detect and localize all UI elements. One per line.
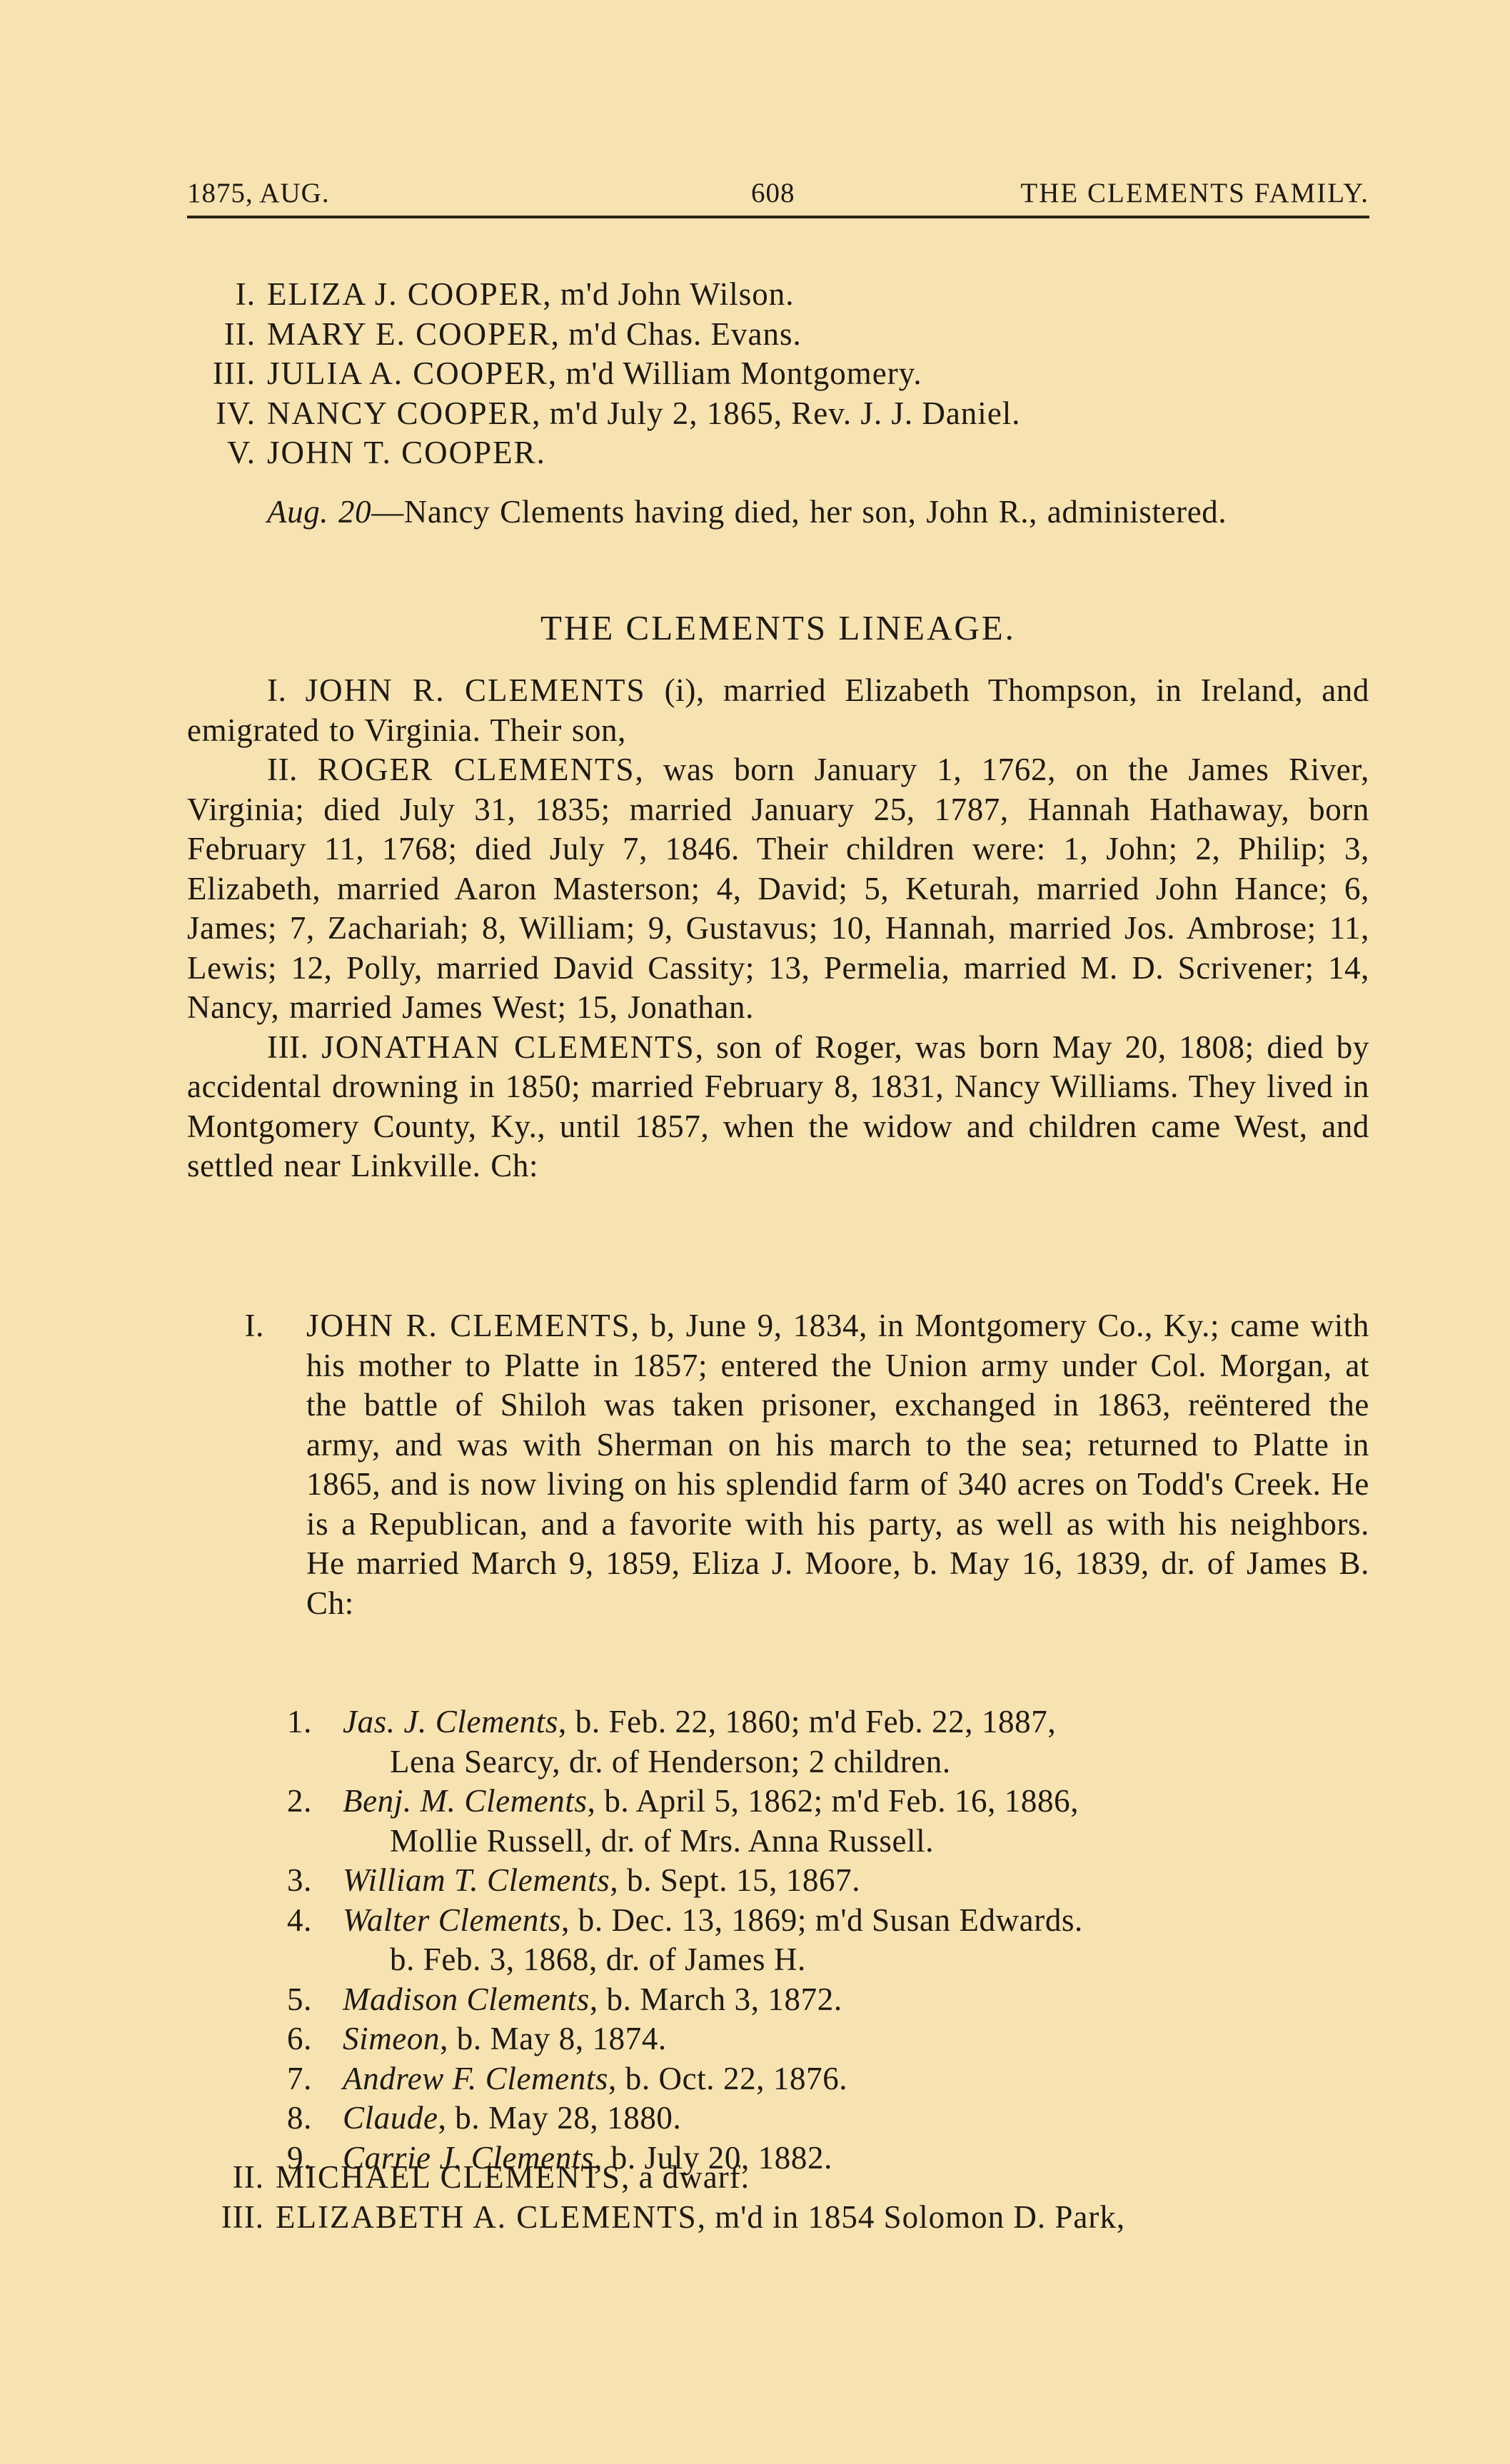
child-details-continued: b. Feb. 3, 1868, dr. of James H. (343, 1940, 1369, 1980)
person-name: ELIZABETH A. CLEMENTS (276, 2199, 698, 2235)
entry-text: , m'd John Wilson. (543, 276, 794, 312)
child-details-continued: Mollie Russell, dr. of Mrs. Anna Russell… (343, 1822, 1369, 1862)
child-name: Andrew F. Clements (343, 2061, 608, 2096)
list-item: 4.Walter Clements, b. Dec. 13, 1869; m'd… (187, 1901, 1369, 1980)
lineage-paragraph: II. ROGER CLEMENTS, was born January 1, … (187, 750, 1369, 1028)
list-item: I.ELIZA J. COOPER, m'd John Wilson. (187, 275, 1369, 315)
child-number: 8. (287, 2099, 330, 2139)
entry-text: , m'd William Montgomery. (548, 355, 922, 391)
list-item: II.MICHAEL CLEMENTS, a dwarf. (187, 2158, 1369, 2198)
running-head: 1875, AUG. 608 THE CLEMENTS FAMILY. (187, 177, 1369, 213)
note-date: Aug. 20 (267, 494, 371, 530)
child-details-continued: Lena Searcy, dr. of Henderson; 2 childre… (343, 1742, 1369, 1782)
lineage-paragraphs: I. JOHN R. CLEMENTS (i), married Elizabe… (187, 671, 1369, 1186)
child-details: , b. Feb. 22, 1860; m'd Feb. 22, 1887, (558, 1704, 1056, 1740)
child-details: , b. April 5, 1862; m'd Feb. 16, 1886, (588, 1783, 1079, 1819)
list-item: 7.Andrew F. Clements, b. Oct. 22, 1876. (187, 2059, 1369, 2099)
note-text: —Nancy Clements having died, her son, Jo… (371, 494, 1227, 530)
person-name: NANCY COOPER (267, 395, 532, 431)
person-name: MARY E. COOPER (267, 316, 551, 352)
person-name: JOHN R. CLEMENTS (306, 672, 646, 708)
entry-text: , m'd in 1854 Solomon D. Park, (698, 2199, 1125, 2235)
child-name: Benj. M. Clements (343, 1783, 588, 1819)
child-number: 6. (287, 2019, 330, 2059)
cooper-children-list: I.ELIZA J. COOPER, m'd John Wilson. II.M… (187, 275, 1369, 473)
list-item: 5.Madison Clements, b. March 3, 1872. (187, 1980, 1369, 2020)
child-name: Simeon (343, 2021, 440, 2056)
person-name: JONATHAN CLEMENTS (321, 1029, 695, 1065)
list-item: 6.Simeon, b. May 8, 1874. (187, 2019, 1369, 2059)
administration-note: Aug. 20—Nancy Clements having died, her … (187, 493, 1369, 532)
entry-text: , b, June 9, 1834, in Montgomery Co., Ky… (306, 1308, 1369, 1621)
child-details: , b. March 3, 1872. (590, 1981, 842, 2017)
list-item: 1.Jas. J. Clements, b. Feb. 22, 1860; m'… (187, 1702, 1369, 1782)
child-details: , b. Dec. 13, 1869; m'd Susan Edwards. (561, 1902, 1083, 1938)
roman-numeral: II. (187, 315, 256, 355)
roman-numeral: V. (187, 433, 256, 473)
child-details: , b. May 8, 1874. (440, 2021, 667, 2056)
child-number: 4. (287, 1901, 330, 1941)
child-number: 3. (287, 1861, 330, 1901)
grandchildren-list: 1.Jas. J. Clements, b. Feb. 22, 1860; m'… (187, 1702, 1369, 2178)
child-number: 2. (287, 1782, 330, 1822)
list-item: II.MARY E. COOPER, m'd Chas. Evans. (187, 315, 1369, 355)
roman-numeral: I. (187, 275, 256, 315)
roman-numeral: II. (267, 752, 298, 787)
running-head-title: THE CLEMENTS FAMILY. (1020, 177, 1369, 209)
child-name: Claude (343, 2100, 438, 2136)
list-item: III.JULIA A. COOPER, m'd William Montgom… (187, 354, 1369, 394)
page-number: 608 (751, 177, 795, 209)
person-name: JULIA A. COOPER (267, 355, 548, 391)
person-name: JOHN R. CLEMENTS (306, 1308, 631, 1343)
lineage-paragraph: III. JONATHAN CLEMENTS, son of Roger, wa… (187, 1028, 1369, 1186)
child-number: 7. (287, 2059, 330, 2099)
child-name: Walter Clements (343, 1902, 561, 1938)
person-name: ELIZA J. COOPER (267, 276, 543, 312)
child-details: , b. May 28, 1880. (438, 2100, 682, 2136)
section-heading: THE CLEMENTS LINEAGE. (187, 607, 1369, 650)
person-name: MICHAEL CLEMENTS (276, 2159, 621, 2195)
list-item: 2.Benj. M. Clements, b. April 5, 1862; m… (187, 1782, 1369, 1861)
roman-numeral: IV. (187, 394, 256, 434)
list-item: V.JOHN T. COOPER. (187, 433, 1369, 473)
child-number: 5. (287, 1980, 330, 2020)
child-details: , b. Oct. 22, 1876. (608, 2061, 847, 2096)
child-name: Jas. J. Clements (343, 1704, 558, 1740)
john-r-clements-entry: I.JOHN R. CLEMENTS, b, June 9, 1834, in … (187, 1306, 1369, 1623)
list-item: III.ELIZABETH A. CLEMENTS, m'd in 1854 S… (187, 2198, 1369, 2238)
child-number: 1. (287, 1702, 330, 1742)
person-name: JOHN T. COOPER (267, 435, 537, 470)
roman-numeral: III. (267, 1029, 309, 1065)
lineage-paragraph: I. JOHN R. CLEMENTS (i), married Elizabe… (187, 671, 1369, 750)
roman-numeral: I. (267, 672, 286, 708)
list-item: 3.William T. Clements, b. Sept. 15, 1867… (187, 1861, 1369, 1901)
roman-numeral: III. (187, 2198, 264, 2238)
sub-entry: I.JOHN R. CLEMENTS, b, June 9, 1834, in … (187, 1306, 1369, 1623)
person-name: ROGER CLEMENTS (318, 752, 635, 787)
header-rule (187, 216, 1369, 218)
child-name: Madison Clements (343, 1981, 590, 2017)
roman-numeral: II. (187, 2158, 264, 2198)
list-item: 8.Claude, b. May 28, 1880. (187, 2099, 1369, 2139)
paragraph-text: , was born January 1, 1762, on the James… (187, 752, 1369, 1025)
child-name: William T. Clements (343, 1862, 610, 1898)
child-details: , b. Sept. 15, 1867. (610, 1862, 860, 1898)
roman-numeral: I. (187, 1306, 264, 1346)
entry-text: , m'd Chas. Evans. (551, 316, 802, 352)
entry-text: . (537, 435, 545, 470)
remaining-children: II.MICHAEL CLEMENTS, a dwarf. III.ELIZAB… (187, 2158, 1369, 2237)
list-item: IV.NANCY COOPER, m'd July 2, 1865, Rev. … (187, 394, 1369, 434)
entry-text: , m'd July 2, 1865, Rev. J. J. Daniel. (532, 395, 1020, 431)
roman-numeral: III. (187, 354, 256, 394)
running-head-date: 1875, AUG. (187, 177, 330, 209)
entry-text: , a dwarf. (621, 2159, 750, 2195)
